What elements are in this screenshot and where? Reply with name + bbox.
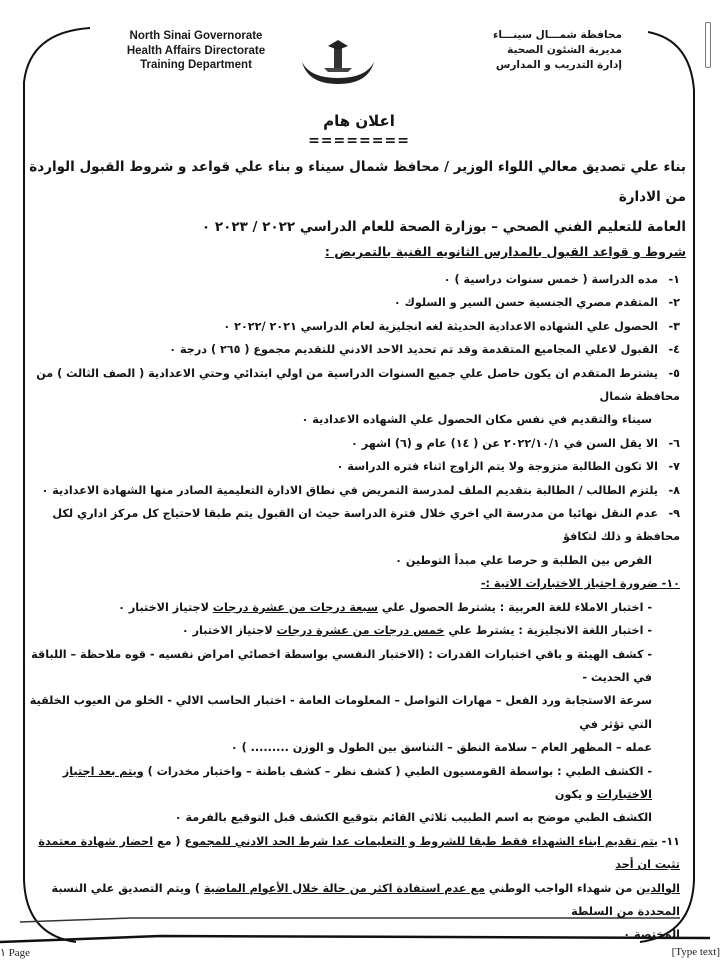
title-underline-rule: ======== [28,134,690,148]
header-en-line: Health Affairs Directorate [116,44,276,59]
header-en-line: Training Department [116,58,276,73]
item11-line-2: الوالدين من شهداء الواجب الوطني مع عدم ا… [28,877,680,924]
underlined-segment: يتم تقديم ابناء الشهداء فقط طبقا للشروط … [184,835,658,848]
page-edge-mark [705,22,711,68]
item-text: عدم النقل نهائيا من مدرسة الي اخري خلال … [52,507,680,543]
text-segment: ( مع [153,835,184,848]
item-text: المتقدم مصري الجنسية حسن السير و السلوك … [394,296,658,309]
test-appearance-line-3: عمله – المظهر العام – سلامة النطق – التن… [28,736,680,759]
item-number: ٢- [658,291,680,314]
item-number: ١- [658,268,680,291]
header-ar-line: مديرية الشئون الصحية [432,43,622,58]
footer-placeholder-text: [Type text] [672,946,720,958]
item-text: القبول لاعلي المجاميع المتقدمة وقد تم تح… [169,343,658,356]
section-heading: شروط و قواعد القبول بالمدارس الثانويه ال… [28,242,690,262]
item-number: ٥- [658,362,680,385]
list-item-tests: ١٠- ضرورة اجتياز الاختبارات الاتية :- - … [28,572,680,829]
footer-page-number: ١ Page [0,946,30,959]
tests-heading: ١٠- ضرورة اجتياز الاختبارات الاتية :- [28,572,680,595]
item-text: يشترط المتقدم ان يكون حاصل علي جميع السن… [36,367,680,403]
text-segment: - اختبار اللغة الانجليزية : يشترط علي [444,624,652,637]
item-number: ٧- [658,455,680,478]
item-text-continued: سيناء والتقديم في نفس مكان الحصول علي ال… [28,408,680,431]
header-en-line: North Sinai Governorate [116,29,276,44]
item-number: ١١- [658,830,680,853]
text-segment: و يكون [555,788,597,801]
governorate-emblem-icon [296,36,380,88]
header-english: North Sinai Governorate Health Affairs D… [116,29,276,73]
list-item: ٤-القبول لاعلي المجاميع المتقدمة وقد تم … [28,338,680,361]
item-text: مده الدراسة ( خمس سنوات دراسية ) ٠ [444,273,658,286]
item-text: الا تكون الطالبة متزوجة ولا يتم الزاوج ا… [337,460,658,473]
text-segment: - اختبار الاملاء للغة العربية : يشترط ال… [378,601,652,614]
text-segment: لاجتياز الاختبار ٠ [182,624,277,637]
header-ar-line: إدارة التدريب و المدارس [432,58,622,73]
text-segment: - الكشف الطبي : بواسطة القومسيون الطبي (… [144,765,652,778]
intro-line-1: بناء علي تصديق معالي اللواء الوزير / محا… [28,152,686,212]
page-title: اعلان هام [28,110,690,132]
list-item: ٩-عدم النقل نهائيا من مدرسة الي اخري خلا… [28,502,680,572]
list-item: ٧-الا تكون الطالبة متزوجة ولا يتم الزاوج… [28,455,680,478]
item-text: يلتزم الطالب / الطالبة بتقديم الملف لمدر… [41,484,658,497]
header-arabic: محافظة شمـــال سينـــاء مديرية الشئون ال… [432,28,622,73]
test-medical-line-2: الكشف الطبي موضح به اسم الطبيب ثلاثي الق… [28,806,680,829]
conditions-list: ١-مده الدراسة ( خمس سنوات دراسية ) ٠ ٢-ا… [28,268,690,947]
text-segment: لاجتياز الاختبار ٠ [118,601,213,614]
list-item: ٨-يلتزم الطالب / الطالبة بتقديم الملف لم… [28,479,680,502]
item-number: ٨- [658,479,680,502]
item11-line-1: ١١-يتم تقديم ابناء الشهداء فقط طبقا للشر… [28,830,680,877]
item-number: ٤- [658,338,680,361]
list-item: ٥-يشترط المتقدم ان يكون حاصل علي جميع ال… [28,362,680,432]
item-text: الا يقل السن في ٢٠٢٢/١٠/١ عن ( ١٤) عام و… [351,437,658,450]
test-medical: - الكشف الطبي : بواسطة القومسيون الطبي (… [28,760,680,807]
underlined-segment: الوالدين [636,882,680,895]
header-ar-line: محافظة شمـــال سينـــاء [432,28,622,43]
list-item: ٦-الا يقل السن في ٢٠٢٢/١٠/١ عن ( ١٤) عام… [28,432,680,455]
list-item: ١-مده الدراسة ( خمس سنوات دراسية ) ٠ [28,268,680,291]
item11-line-3: المختصة ٠ [28,923,680,946]
intro-paragraph: بناء علي تصديق معالي اللواء الوزير / محا… [28,152,690,242]
text-segment: من شهداء الواجب الوطني [485,882,636,895]
list-item: ٣-الحصول علي الشهاده الاعدادية الحديثة ل… [28,315,680,338]
item-text-continued: الفرص بين الطلبة و حرصا علي مبدأ التوطين… [28,549,680,572]
test-appearance-line-1: - كشف الهيئة و باقي اختبارات القدرات : (… [28,643,680,690]
intro-line-2: العامة للتعليم الفني الصحي – بوزارة الصح… [28,212,686,242]
announcement-body: اعلان هام ======== بناء علي تصديق معالي … [28,108,690,947]
item-number: ٩- [658,502,680,525]
underlined-segment: مع عدم استفادة اكثر من حالة خلال الأعوام… [204,882,485,895]
test-arabic-dictation: - اختبار الاملاء للغة العربية : يشترط ال… [28,596,680,619]
item-number: ٦- [658,432,680,455]
test-appearance-line-2: سرعة الاستجابة ورد الفعل – مهارات التواص… [28,689,680,736]
list-item: ٢-المتقدم مصري الجنسية حسن السير و السلو… [28,291,680,314]
list-item-martyrs: ١١-يتم تقديم ابناء الشهداء فقط طبقا للشر… [28,830,680,947]
underlined-segment: سبعة درجات من عشرة درجات [213,601,378,614]
test-english: - اختبار اللغة الانجليزية : يشترط علي خم… [28,619,680,642]
underlined-segment: خمس درجات من عشرة درجات [277,624,445,637]
item-text: الحصول علي الشهاده الاعدادية الحديثة لغه… [223,320,658,333]
item-number: ٣- [658,315,680,338]
